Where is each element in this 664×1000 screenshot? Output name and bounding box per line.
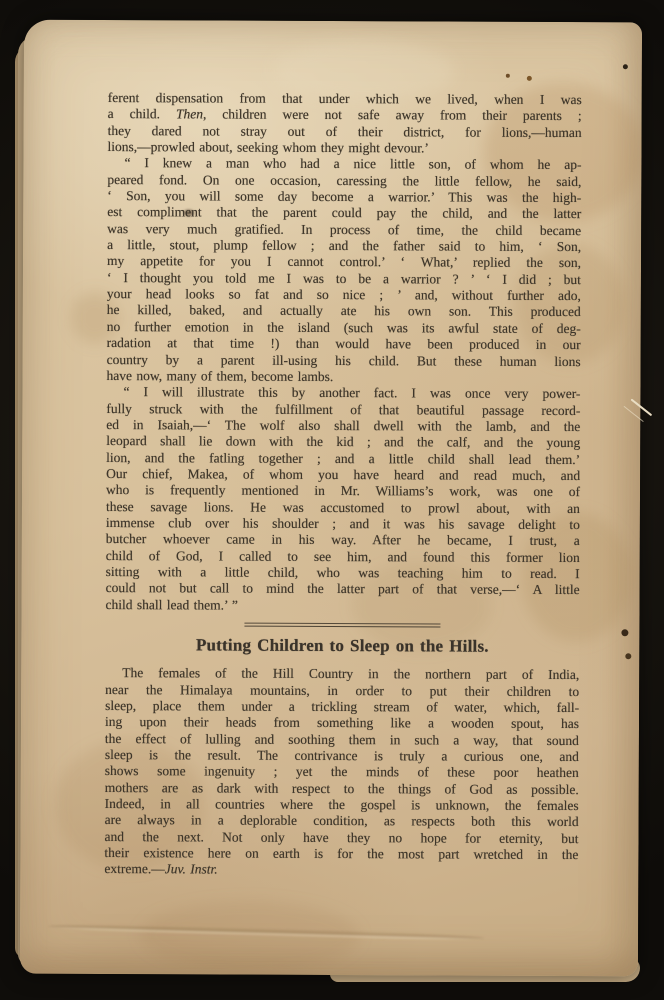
text-line: have now, many of them, become lambs. (106, 368, 580, 386)
text-line: Our chief, Makea, of whom you have heard… (106, 466, 580, 484)
text-line: “ I knew a man who had a nice little son… (107, 155, 581, 173)
text-line: child of God, I called to see him, and f… (106, 548, 580, 566)
text-line: radation at that time !) than would have… (107, 335, 581, 353)
ink-speck (506, 74, 510, 78)
text-line: “ I will illustrate this by another fact… (106, 384, 580, 402)
section-continued-text: ferent dispensation from that under whic… (105, 90, 581, 615)
text-line: immense club over his shoulder ; and it … (106, 515, 580, 533)
text-line: fully struck with the fulfillment of tha… (106, 401, 580, 419)
ink-speck (625, 653, 631, 659)
text-line: no further emotion in the island (such w… (107, 319, 581, 337)
section-divider-rule (244, 623, 440, 628)
section-heading: Putting Children to Sleep on the Hills. (105, 637, 579, 655)
text-line: and the next. Not only have they no hope… (104, 829, 578, 847)
text-line: leopard shall lie down with the kid ; an… (106, 433, 580, 451)
text-line: a little, stout, plump fellow ; and the … (107, 237, 581, 255)
text-line: the effect of lulling and soothing them … (105, 731, 579, 749)
paragraph: The females of the Hill Country in the n… (104, 665, 579, 880)
text-line: lion, and the fatling together ; and a l… (106, 450, 580, 468)
text-line: butcher whoever came in his way. After h… (106, 531, 580, 549)
ink-speck (623, 64, 628, 69)
page-text: ferent dispensation from that under whic… (104, 90, 581, 880)
paper-fiber (631, 399, 653, 417)
text-line: sleep, place them under a trickling stre… (105, 698, 579, 716)
text-line: shows some ingenuity ; yet the minds of … (105, 763, 579, 781)
text-line: ‘ I thought you told me I was to be a wa… (107, 270, 581, 288)
text-line: child shall lead them.’ ” (105, 597, 579, 615)
photo-backdrop: ferent dispensation from that under whic… (0, 0, 664, 1000)
text-line: near the Himalaya mountains, in order to… (105, 682, 579, 700)
text-line: a child. Then, children were not safe aw… (108, 106, 582, 124)
text-line: ‘ Son, you will some day become a warrio… (107, 188, 581, 206)
text-line: my appetite for you I cannot control.’ ‘… (107, 253, 581, 271)
paper-stain (140, 900, 360, 971)
ink-speck (621, 629, 628, 636)
paragraph: “ I will illustrate this by another fact… (105, 384, 580, 615)
text-line: ing upon their heads from something like… (105, 714, 579, 732)
ink-speck (527, 76, 532, 81)
text-line: The females of the Hill Country in the n… (105, 665, 579, 683)
text-line: your head looks so fat and so nice ; ’ a… (107, 286, 581, 304)
text-line: sitting with a little child, who was tea… (106, 564, 580, 582)
text-line: ed in Isaiah,—‘ The wolf also shall dwel… (106, 417, 580, 435)
text-line: who is frequently mentioned in Mr. Willi… (106, 482, 580, 500)
page-crease (48, 923, 484, 942)
text-line: could not but call to mind the latter pa… (106, 580, 580, 598)
text-line: Indeed, in all countries where the gospe… (105, 796, 579, 814)
text-line: they dared not stray out of their distri… (108, 123, 582, 141)
text-line: peared fond. On one occasion, caressing … (107, 172, 581, 190)
section-new-text: The females of the Hill Country in the n… (104, 665, 579, 880)
text-line: these savage lions. He was accustomed to… (106, 499, 580, 517)
text-line: lions,—prowled about, seeking whom they … (107, 139, 581, 157)
text-line: was very much gratified. In process of t… (107, 221, 581, 239)
text-line: ferent dispensation from that under whic… (108, 90, 582, 108)
text-line: their existence here on earth is for the… (104, 845, 578, 863)
paragraph: “ I knew a man who had a nice little son… (106, 155, 581, 386)
text-line: sleep is the result. The contrivance is … (105, 747, 579, 765)
book-page: ferent dispensation from that under whic… (20, 20, 642, 977)
text-line: est compliment that the parent could pay… (107, 204, 581, 222)
text-line: country by a parent ill-using his child.… (107, 352, 581, 370)
text-line: extreme.—Juv. Instr. (104, 861, 578, 879)
text-line: mothers are as dark with respect to the … (105, 780, 579, 798)
text-line: he killed, baked, and actually ate his o… (107, 302, 581, 320)
paragraph: ferent dispensation from that under whic… (107, 90, 581, 157)
text-line: are always in a deplorable condition, as… (105, 812, 579, 830)
